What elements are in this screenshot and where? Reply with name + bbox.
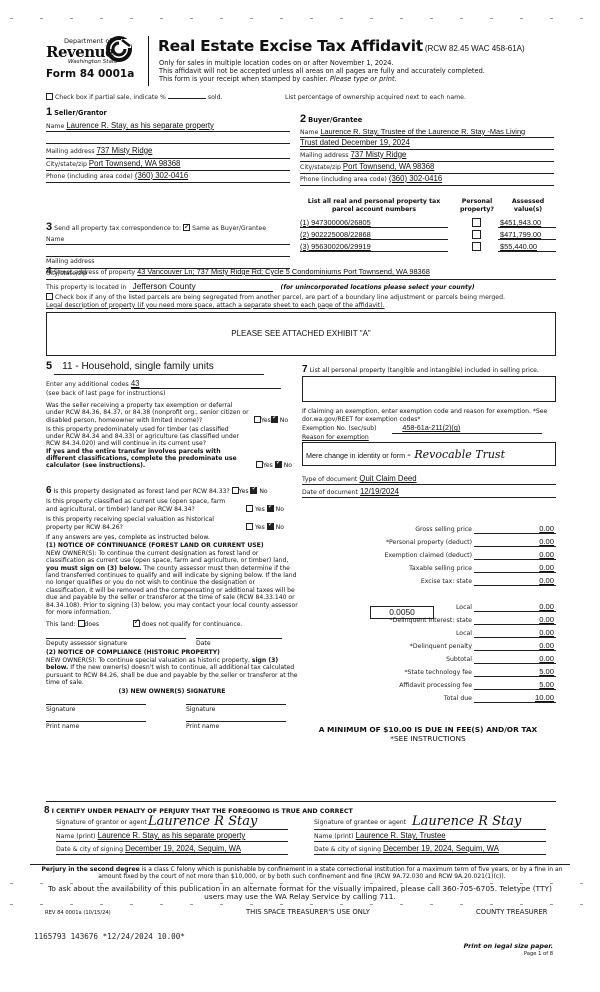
correspondence-label: Send all property tax correspondence to:: [54, 225, 181, 232]
yes-label: Yes: [255, 506, 265, 513]
county-treasurer-label: COUNTY TREASURER: [476, 908, 547, 916]
parcel-table: List all real and personal property tax …: [300, 198, 560, 252]
timber-no-checkbox[interactable]: [275, 461, 282, 468]
personal-property-label: List all personal property (tangible and…: [310, 367, 539, 374]
seller-phone-label: Phone (including area code): [46, 173, 133, 180]
street-value: 43 Vancouver Ln; 737 Misty Ridge Rd; Cyc…: [137, 267, 430, 276]
corr-name-label: Name: [46, 236, 64, 243]
corr-mailing-label: Mailing address: [46, 258, 94, 265]
assessed-value-field[interactable]: $55,440.00: [498, 242, 556, 252]
partial-sale-row: Check box if partial sale, indicate % so…: [46, 93, 222, 102]
forest-yes-checkbox[interactable]: [232, 487, 239, 494]
street-label: Street address of property: [54, 269, 135, 276]
amount-value-field[interactable]: 0.00: [474, 615, 556, 625]
section-8-number: 8: [44, 805, 50, 816]
timber-yes-no: Yes No: [256, 461, 292, 469]
personal-property-label-row: 7 List all personal property (tangible a…: [302, 366, 556, 374]
legal-paper-note: Print on legal size paper.: [464, 942, 553, 950]
seller-heading: Seller/Grantor: [54, 109, 107, 117]
buyer-heading: Buyer/Grantee: [308, 116, 362, 124]
doc-date-value: 12/19/2024: [360, 487, 399, 496]
seller-section: 1 Seller/Grantor Name Laurence R. Stay, …: [46, 106, 290, 183]
current-use-question: Is this property classified as current u…: [46, 498, 236, 513]
parcel-row: (3) 956300206/29919$55,440.00: [300, 240, 560, 252]
amount-value-field[interactable]: 0.00: [474, 654, 556, 664]
personal-property-checkbox[interactable]: [472, 230, 481, 239]
timber-question-bold: If yes and the entire transfer involves …: [46, 448, 246, 470]
exemption-no-row: Exemption No. (sec/sub) 458-61a-211(2)(g…: [302, 423, 556, 434]
deputy-date-field[interactable]: Date: [196, 638, 282, 647]
doc-type-label: Type of document: [302, 476, 357, 483]
amount-value-field[interactable]: 5.00: [474, 667, 556, 677]
treasurer-use-label: THIS SPACE TREASURER'S USE ONLY: [246, 908, 370, 916]
assessed-value-field[interactable]: $471,799.00: [498, 230, 556, 240]
section-3-number: 3: [46, 221, 52, 233]
grantee-print-name-value: Laurence R. Stay, Trustee: [356, 831, 446, 840]
section-7: 7 List all personal property (tangible a…: [302, 366, 556, 498]
amount-value-field[interactable]: 0.00: [474, 524, 556, 534]
property-section: 4 Street address of property 43 Vancouve…: [46, 266, 556, 356]
buyer-phone-field[interactable]: Phone (including area code) (360) 302-04…: [300, 174, 554, 186]
assessed-value: $55,440.00: [500, 242, 537, 251]
if-yes-note: If any answers are yes, complete as inst…: [46, 534, 298, 541]
amount-label: Local: [456, 630, 472, 638]
accessibility-note: To ask about the availability of this pu…: [40, 885, 560, 902]
amount-label: Subtotal: [446, 656, 472, 664]
reason-handwritten: - Revocable Trust: [407, 448, 505, 461]
parcel-number-value: (3) 956300206/29919: [300, 242, 371, 251]
amount-value-field[interactable]: 0.00: [474, 563, 556, 573]
grantee-print-name-field[interactable]: Name (print) Laurence R. Stay, Trustee: [314, 831, 546, 842]
grantor-signature-label: Signature of grantor or agent: [56, 819, 147, 826]
exemption-yes-no: Yes No: [254, 416, 288, 424]
timber-question: Is this property predominately used for …: [46, 426, 246, 470]
timber-question-text: Is this property predominately used for …: [46, 426, 239, 448]
seller-city-label: City/state/zip: [46, 161, 87, 168]
dor-logo-icon: [106, 36, 132, 62]
current-use-yes-no: Yes No: [246, 505, 284, 513]
land-use-code-select[interactable]: 11 - Household, single family units: [54, 361, 264, 375]
legal-description-label: Legal description of property (if you ne…: [46, 302, 556, 310]
section-4-number: 4: [46, 266, 52, 277]
historic-no-checkbox[interactable]: [267, 523, 274, 530]
amount-label: *Delinquent penalty: [410, 643, 472, 651]
form-number: Form 84 0001a: [46, 68, 146, 81]
notice1-text-b: The county assessor must then determine …: [46, 565, 298, 616]
subline-2: This affidavit will not be accepted unle…: [159, 67, 599, 75]
amount-label: Affidavit processing fee: [399, 682, 472, 690]
segregated-label: Check box if any of the listed parcels a…: [55, 294, 505, 301]
new-owner-signature-2[interactable]: Signature: [186, 704, 286, 713]
buyer-mailing-value: 737 Misty Ridge: [350, 150, 406, 159]
partial-sale-suffix: sold.: [208, 94, 223, 101]
grantee-signature-field[interactable]: Signature of grantee or agent Laurence R…: [314, 818, 546, 830]
col-assessed-header: Assessed value(s): [498, 198, 550, 213]
amount-label: Excise tax: state: [421, 578, 472, 586]
receipt-stamp: 1165793 143676 *12/24/2024 10.00*: [34, 932, 185, 941]
buyer-name-value-2: Trust dated December 19, 2024: [300, 138, 410, 147]
notice1-heading: (1) NOTICE OF CONTINUANCE (FOREST LAND O…: [46, 542, 298, 549]
partial-sale-label: Check box if partial sale, indicate %: [55, 94, 166, 101]
grantor-signature-block: Signature of grantor or agent Laurence R…: [56, 818, 288, 855]
buyer-section: 2 Buyer/Grantee Name Laurence R. Stay, T…: [300, 113, 554, 186]
does-not-label: does not qualify for continuance.: [142, 621, 243, 628]
new-owner-print-row: Print name Print name: [46, 721, 298, 730]
buyer-city-field[interactable]: City/state/zip Port Townsend, WA 98368: [300, 162, 554, 174]
col-parcel-header: List all real and personal property tax …: [300, 198, 448, 213]
personal-property-checkbox[interactable]: [472, 242, 481, 251]
section-5: 5 11 - Household, single family units En…: [46, 360, 296, 470]
amount-value-field[interactable]: 10.00: [474, 693, 556, 703]
forest-question: 6 Is this property designated as forest …: [46, 487, 298, 495]
yes-label: Yes: [255, 524, 265, 531]
deputy-signature-field[interactable]: Deputy assessor signature: [46, 638, 186, 647]
page-number: Page 1 of 8: [524, 951, 553, 958]
parcel-number-field[interactable]: (1) 947300006/26805: [300, 218, 448, 228]
exemption-no-label: Exemption No. (sec/sub): [302, 425, 376, 432]
grantee-date-label: Date & city of signing: [314, 846, 381, 853]
perjury-text: is a class C felony which is punishable …: [98, 866, 562, 880]
reason-typed: Mere change in identity or form: [306, 451, 405, 460]
section-7-number: 7: [302, 364, 308, 375]
perjury-notice: Perjury in the second degree is a class …: [32, 866, 572, 880]
seller-name-value: Laurence R. Stay, as his separate proper…: [66, 121, 214, 130]
exemption-no-field[interactable]: 458-61a-211(2)(g): [392, 423, 542, 434]
minimum-note-block: A MINIMUM OF $10.00 IS DUE IN FEE(S) AND…: [300, 726, 556, 743]
grantee-date-field[interactable]: Date & city of signing December 19, 2024…: [314, 844, 546, 855]
doc-date-label: Date of document: [302, 489, 358, 496]
parcel-table-header: List all real and personal property tax …: [300, 198, 560, 213]
grantor-print-name-field[interactable]: Name (print) Laurence R. Stay, as his se…: [56, 831, 288, 842]
form-title: Real Estate Excise Tax Affidavit (RCW 82…: [158, 37, 525, 56]
segregated-checkbox[interactable]: [46, 293, 53, 300]
subline-1: Only for sales in multiple location code…: [159, 59, 599, 67]
no-label: No: [276, 506, 284, 513]
new-owner-heading: (3) NEW OWNER(S) SIGNATURE: [46, 688, 298, 695]
amount-value-field[interactable]: 0.00: [474, 602, 556, 612]
parcel-number-value: (1) 947300006/26805: [300, 218, 371, 227]
amount-value-field[interactable]: 0.00: [474, 576, 556, 586]
ownership-note: List percentage of ownership acquired ne…: [285, 94, 466, 102]
local-rate-field[interactable]: 0.0050: [370, 606, 434, 619]
amount-row: *Personal property (deduct)0.00: [300, 534, 556, 547]
notice2-body: NEW OWNER(S): To continue special valuat…: [46, 657, 298, 687]
amount-row: Gross selling price0.00: [300, 521, 556, 534]
exemption-no-value: 458-61a-211(2)(g): [392, 423, 460, 432]
grantor-print-name-label: Name (print): [56, 833, 96, 840]
parcel-number-field[interactable]: (2) 902225008/22868: [300, 230, 448, 240]
reason-box[interactable]: Mere change in identity or form - Revoca…: [302, 442, 556, 466]
seller-city-field[interactable]: City/state/zip Port Townsend, WA 98368: [46, 159, 290, 171]
grantee-date-value: December 19, 2024, Sequim, WA: [383, 844, 499, 853]
seller-name-label: Name: [46, 123, 64, 130]
notice1-body: NEW OWNER(S): To continue the current de…: [46, 550, 298, 617]
grantee-signature-value: Laurence R Stay: [412, 814, 521, 830]
grantor-date-label: Date & city of signing: [56, 846, 123, 853]
grantor-signature-field[interactable]: Signature of grantor or agent Laurence R…: [56, 818, 288, 830]
notice2-heading: (2) NOTICE OF COMPLIANCE (HISTORIC PROPE…: [46, 649, 298, 656]
current-use-no-checkbox[interactable]: [267, 505, 274, 512]
amount-value-field[interactable]: 0.00: [474, 550, 556, 560]
county-note: (for unincorporated locations please sel…: [281, 284, 475, 291]
timber-yes-checkbox[interactable]: [256, 461, 263, 468]
exemption-no-checkbox[interactable]: [271, 416, 278, 423]
seller-mailing-label: Mailing address: [46, 148, 94, 155]
grantee-print-name-label: Name (print): [314, 833, 354, 840]
yes-label: Yes: [239, 488, 249, 495]
perjury-bold: Perjury in the second degree: [42, 866, 140, 873]
grantor-date-value: December 19, 2024, Sequim, WA: [125, 844, 241, 853]
section-6: 6 Is this property designated as forest …: [46, 487, 298, 731]
buyer-phone-value: (360) 302-0416: [389, 174, 442, 183]
corr-name-line-2[interactable]: [46, 245, 290, 257]
amount-row: Subtotal0.00: [300, 651, 556, 664]
additional-codes-value: 43: [131, 379, 140, 388]
new-owner-print-name-2[interactable]: Print name: [186, 721, 286, 730]
grantee-signature-label: Signature of grantee or agent: [314, 819, 406, 826]
exemption-question: Was the seller receiving a property tax …: [46, 402, 251, 424]
county-row: This property is located in Jefferson Co…: [46, 281, 556, 293]
parcel-rows: (1) 947300006/26805$451,943.00(2) 902225…: [300, 216, 560, 252]
no-label: No: [280, 417, 288, 424]
doc-date-field[interactable]: Date of document 12/19/2024: [302, 487, 556, 498]
street-address-field[interactable]: 4 Street address of property 43 Vancouve…: [46, 266, 556, 280]
amount-value-field[interactable]: 0.00: [474, 641, 556, 651]
section-2-number: 2: [300, 113, 306, 125]
col-personal-header: Personal property?: [448, 198, 498, 213]
notice2-text-a: NEW OWNER(S): To continue special valuat…: [46, 657, 250, 664]
personal-property-box[interactable]: [302, 376, 556, 402]
see-back-note: (see back of last page for instructions): [46, 390, 296, 398]
section-6-number: 6: [46, 485, 52, 496]
no-label: No: [259, 488, 267, 495]
notice1-bold: you must sign on (3) below.: [46, 565, 141, 572]
assessed-value-field[interactable]: $451,943.00: [498, 218, 556, 228]
header-instructions: Only for sales in multiple location code…: [159, 59, 599, 83]
amount-label: Total due: [444, 695, 472, 703]
partial-sale-checkbox[interactable]: [46, 93, 53, 100]
amount-row: Excise tax: state0.00: [300, 573, 556, 586]
grantor-print-name-value: Laurence R. Stay, as his separate proper…: [98, 831, 246, 840]
grantee-signature-block: Signature of grantee or agent Laurence R…: [314, 818, 546, 855]
legal-description-box[interactable]: PLEASE SEE ATTACHED EXHIBIT "A": [46, 312, 556, 356]
exemption-yes-checkbox[interactable]: [254, 416, 261, 423]
amount-row: *Delinquent penalty0.00: [300, 638, 556, 651]
segregated-row: Check box if any of the listed parcels a…: [46, 293, 556, 302]
amount-row: Affidavit processing fee5.00: [300, 677, 556, 690]
subline-3-text: This form is your receipt when stamped b…: [159, 75, 328, 83]
parcel-number-value: (2) 902225008/22868: [300, 230, 371, 239]
title-text: Real Estate Excise Tax Affidavit: [158, 37, 423, 55]
additional-codes-field[interactable]: 43: [131, 379, 281, 390]
seller-city-value: Port Townsend, WA 98368: [89, 159, 180, 168]
buyer-name-label: Name: [300, 129, 318, 136]
amount-label: Gross selling price: [415, 526, 472, 534]
assessed-value: $451,943.00: [500, 218, 541, 227]
grantor-date-field[interactable]: Date & city of signing December 19, 2024…: [56, 844, 288, 855]
deputy-assessor-row: Deputy assessor signature Date: [46, 638, 298, 647]
notice1-text-a: NEW OWNER(S): To continue the current de…: [46, 550, 288, 564]
yes-label: Yes: [263, 462, 273, 469]
no-label: No: [284, 462, 292, 469]
seller-mailing-value: 737 Misty Ridge: [96, 146, 152, 155]
amount-row: Total due10.00: [300, 690, 556, 703]
does-not-checkbox[interactable]: [133, 620, 140, 627]
buyer-city-value: Port Townsend, WA 98368: [343, 162, 434, 171]
doc-type-field[interactable]: Type of document Quit Claim Deed: [302, 474, 556, 485]
new-owner-signature-row: Signature Signature: [46, 704, 298, 713]
corr-name-field[interactable]: Name: [46, 235, 290, 245]
forest-no-checkbox[interactable]: [250, 487, 257, 494]
section-1-number: 1: [46, 106, 52, 118]
new-owner-print-name-1[interactable]: Print name: [46, 721, 146, 730]
seller-name-field[interactable]: Name Laurence R. Stay, as his separate p…: [46, 121, 290, 132]
this-land-row: This land: does does not qualify for con…: [46, 620, 298, 628]
amount-value-field[interactable]: 0.00: [474, 628, 556, 638]
no-label: No: [276, 524, 284, 531]
yes-label: Yes: [261, 417, 271, 424]
buyer-name-field[interactable]: Name Laurence R. Stay, Trustee of the La…: [300, 127, 554, 138]
personal-property-checkbox[interactable]: [472, 218, 481, 227]
amount-label: Exemption claimed (deduct): [384, 552, 472, 560]
forest-question-text: Is this property designated as forest la…: [54, 488, 230, 495]
grantor-signature-value: Laurence R Stay: [148, 814, 257, 830]
additional-codes-row: Enter any additional codes 43: [46, 379, 296, 390]
historic-yes-no: Yes No: [246, 523, 284, 531]
seller-phone-value: (360) 302-0416: [135, 171, 188, 180]
notice2-text-b: If the new owner(s) doesn't wish to cont…: [46, 664, 298, 686]
historic-yes-checkbox[interactable]: [246, 523, 253, 530]
amount-row: *State technology fee5.00: [300, 664, 556, 677]
exemption-question-text: Was the seller receiving a property tax …: [46, 402, 249, 424]
amount-row: Exemption claimed (deduct)0.00: [300, 547, 556, 560]
exemption-intro: If claiming an exemption, enter exemptio…: [302, 408, 556, 423]
subline-3-italic: Please type or print.: [330, 75, 397, 83]
amount-row: Taxable selling price0.00: [300, 560, 556, 573]
seller-mailing-field[interactable]: Mailing address 737 Misty Ridge: [46, 146, 290, 159]
scan-artifact: [10, 18, 590, 19]
amount-label: *State technology fee: [404, 669, 472, 677]
see-instructions: *SEE INSTRUCTIONS: [300, 735, 556, 744]
buyer-phone-label: Phone (including area code): [300, 176, 387, 183]
buyer-name-value-1: Laurence R. Stay, Trustee of the Laurenc…: [320, 127, 525, 136]
located-label: This property is located in: [46, 284, 126, 291]
buyer-name-field-2[interactable]: Trust dated December 19, 2024: [300, 138, 554, 150]
new-owner-signature-1[interactable]: Signature: [46, 704, 146, 713]
same-as-buyer-checkbox[interactable]: [183, 224, 190, 231]
seller-phone-field[interactable]: Phone (including area code) (360) 302-04…: [46, 171, 290, 183]
current-use-question-text: Is this property classified as current u…: [46, 498, 225, 512]
doc-type-value: Quit Claim Deed: [359, 474, 416, 483]
this-land-label: This land:: [46, 621, 76, 628]
title-ref: (RCW 82.45 WAC 458-61A): [425, 44, 525, 53]
amount-label: Taxable selling price: [409, 565, 472, 573]
current-use-yes-checkbox[interactable]: [246, 505, 253, 512]
same-as-buyer-label: Same as Buyer/Grantee: [192, 225, 266, 232]
buyer-mailing-field[interactable]: Mailing address 737 Misty Ridge: [300, 150, 554, 162]
seller-name-line-2[interactable]: [46, 132, 290, 144]
section-5-number: 5: [46, 360, 52, 372]
historic-question-text: Is this property receiving special valua…: [46, 516, 214, 530]
amount-label: *Personal property (deduct): [386, 539, 472, 547]
amount-label: Local: [456, 604, 472, 612]
revision-code: REV 84 0001a (10/15/24): [45, 910, 111, 917]
does-checkbox[interactable]: [78, 620, 85, 627]
county-select[interactable]: Jefferson County: [129, 281, 273, 293]
parcel-row: (2) 902225008/22868$471,799.00: [300, 228, 560, 240]
subline-3: This form is your receipt when stamped b…: [159, 75, 599, 83]
header-divider: [148, 36, 149, 86]
amount-value-field[interactable]: 5.00: [474, 680, 556, 690]
assessed-value: $471,799.00: [500, 230, 541, 239]
buyer-city-label: City/state/zip: [300, 164, 341, 171]
amount-value-field[interactable]: 0.00: [474, 537, 556, 547]
does-label: does: [85, 621, 100, 628]
buyer-mailing-label: Mailing address: [300, 152, 348, 159]
section-8-rule: [46, 801, 556, 802]
scan-artifact: [10, 904, 590, 905]
parcel-row: (1) 947300006/26805$451,943.00: [300, 216, 560, 228]
partial-sale-percent-field[interactable]: [168, 98, 206, 99]
historic-question: Is this property receiving special valua…: [46, 516, 236, 531]
additional-codes-label: Enter any additional codes: [46, 381, 129, 388]
reason-label: Reason for exemption: [302, 434, 556, 442]
amount-row: Local0.00: [300, 625, 556, 638]
footer-rule: [30, 864, 570, 865]
parcel-number-field[interactable]: (3) 956300206/29919: [300, 242, 448, 252]
legal-description-value: PLEASE SEE ATTACHED EXHIBIT "A": [231, 329, 371, 339]
